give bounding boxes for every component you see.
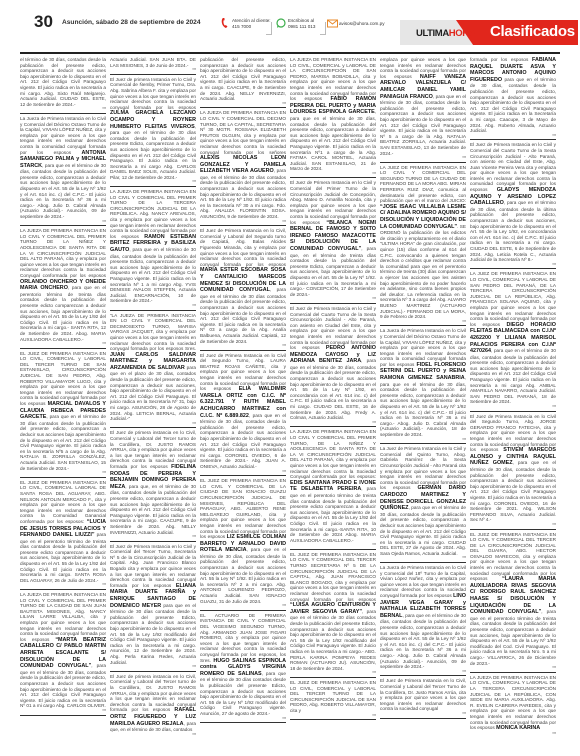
ad-reference-tag: ▪▪▪ [200, 344, 286, 348]
ad-body-text-continued: , para que en el término de 30 días cont… [200, 287, 286, 343]
ad-body-text: LA JUEZA DE PRIMERA INSTANCIA EN LO CIVI… [20, 592, 106, 642]
classified-ad: EL JUEZ DE PRIMERA INSTANCIA EN LO CIVIL… [20, 479, 106, 590]
ad-body-text-continued: , para que en el término de 30 días, con… [470, 348, 556, 404]
ad-body-text-continued: , para que, en el término de treinta día… [290, 246, 376, 297]
ad-body-text-continued: , para que en el perentorio término de t… [20, 285, 106, 341]
ad-reference-tag: ▪▪▪ [20, 471, 106, 475]
ad-body-text-continued: , para que en el término de 30 días, con… [20, 163, 106, 219]
whatsapp-label: Escribinos al [288, 18, 314, 23]
ad-body-text-continued: , para que en el término de 30 días cont… [200, 671, 286, 716]
ad-body-text-continued: , para que en el perentorio término de t… [470, 609, 556, 665]
divider [320, 22, 326, 35]
classified-ad: El Juez de Primera Instancia en lo Civil… [470, 413, 556, 530]
ad-reference-tag: ▪▪▪ [110, 665, 196, 669]
classified-ad: EL JUEZ DE PRIMERA INSTANCIA EN LO CIVIL… [20, 350, 106, 478]
ad-body-text: LA JUEZA DE PRIMERA INSTANCIA EN LO CIVI… [110, 189, 196, 239]
ad-reference-tag: ▪▪▪ [200, 220, 286, 224]
classified-ad: LA JUEZ DE PRIMERA INSTANCIA EN LO CIVIL… [380, 164, 466, 327]
ad-body-text: La Juez de Primera Instancia en lo Civil… [380, 446, 466, 490]
publication-date: Asunción, sábado 28 de septiembre de 202… [62, 19, 201, 26]
ad-body-text-continued: , para que en el perentorio término de t… [290, 486, 376, 542]
ad-body-text-continued: , para que en el término de 30 días, con… [290, 358, 376, 420]
classified-ad: El Juez de Primera Instancia en lo Civil… [290, 305, 376, 427]
column-1: el término de 30 días, contados desde la… [20, 56, 106, 736]
ad-reference-tag: ▪▪▪ [380, 156, 466, 160]
classified-ad: EL JUEZ DE PRIMERA INSTANCIA EN LO CIVIL… [290, 679, 376, 720]
ad-body-text: El Juez de primera Instancia en lo Civil… [110, 77, 196, 110]
customer-service-label: Atención al cliente: [232, 18, 271, 23]
ad-reference-tag: ▪▪▪ [20, 107, 106, 111]
classified-ad: El Juez de primera instancia en lo Civil… [110, 429, 196, 541]
ad-reference-tag: ▪▪▪ [200, 717, 286, 721]
classified-ad: el término de 30 días, contados desde la… [20, 56, 106, 114]
ad-body-text: LA JUEZA DE PRIMERA INSTANCIA EN LO CIVI… [290, 429, 376, 479]
classified-ad: LA JUEZ DE PRIMERA INSTANCIA EN LO CIVIL… [470, 270, 556, 411]
ad-reference-tag: ▪▪▪ [470, 666, 556, 670]
ad-body-text-continued: , para que en el término de 30 días, con… [470, 200, 556, 262]
classified-ad: LA JUEZA DE PRIMERA INSTANCIA EN LO CIVI… [20, 591, 106, 715]
ad-party-names: “JOSE ISAAC VILLALBA LESME C/ ADALINA RO… [380, 204, 466, 230]
ad-reference-tag: ▪▪▪ [110, 535, 196, 539]
column-6: formada por los esposos FABIANA RAQUEL D… [470, 56, 556, 736]
phone-icon [220, 17, 230, 29]
classified-ad: LA JUEZA DE PRIMERA INSTANCIA EN LO CIVI… [470, 674, 556, 736]
classified-ad: La Jueza de Primera Instancia en lo Civi… [380, 564, 466, 676]
classified-ad: publicación del presente edicto, compare… [200, 56, 286, 108]
ad-body-text: El Juez de Primera Instancia en lo Civil… [380, 678, 466, 711]
ad-body-text: EL JUEZ DE PRIMERA INSTANCIA EN LO CIVIL… [20, 480, 106, 524]
ad-reference-tag: ▪▪▪ [20, 342, 106, 346]
classified-ad: El Juez de Primera Instancia en lo Civil… [110, 543, 196, 672]
ad-body-text: Actuario Judicial. SAN JUAN BTA. DE LAS … [110, 57, 196, 68]
logo-part-hora: HORA [449, 28, 475, 39]
ad-reference-tag: ▪▪▪ [380, 320, 466, 324]
ad-body-text-continued: , para que en el término de 30 días, con… [200, 413, 286, 469]
classified-ad: LA JUEZA DE PRIMERA INSTANCIA EN LO CIVI… [110, 188, 196, 310]
ad-body-text-continued: , para que en el término de 30 días, con… [290, 109, 376, 171]
ad-body-text-continued: , para que en el término de 30 días cont… [290, 609, 376, 671]
ad-body-text-continued: para que en el plazo de 30 días, contado… [110, 365, 196, 421]
ad-reference-tag: ▪▪▪ [20, 583, 106, 587]
ad-body-text: EL JUEZ DE PRIMERA INSTANCIA EN LO CIVIL… [470, 532, 556, 582]
ad-body-text: LA JUEZA DE PRIMERA INSTANCIA EN LO CIVI… [200, 110, 286, 154]
classified-ad: EL JUEZ DE PRIMERA INSTANCIA EN LO CIVIL… [200, 477, 286, 611]
ad-body-text: EL JUEZ DE PRIMERA INSTANCIA EN LO CIVIL… [290, 680, 376, 713]
ad-body-text: EL JUEZ DE PRIMERA INSTANCIA EN LO CIVIL… [200, 478, 286, 539]
classified-ad: La Jueza de Primera Instancia en lo Civi… [20, 115, 106, 226]
page-number: 30 [34, 12, 53, 32]
ad-body-text-continued: , para que, en el término de 30 días con… [200, 168, 286, 219]
ad-reference-tag: ▪▪▪ [110, 733, 196, 736]
ad-reference-tag: ▪▪▪ [380, 670, 466, 674]
ad-reference-tag: ▪▪▪ [200, 102, 286, 106]
email-address: avisos@uhora.com.py [339, 21, 385, 27]
classified-ad: formada por los esposos FABIANA RAQUEL D… [470, 56, 556, 140]
ad-body-text-continued: , para que en el término de 30 días, con… [380, 505, 466, 556]
ad-body-text: El Juez de Primera Instancia en lo Civil… [470, 142, 556, 192]
classified-ad: El Juez de Primera Instancia en lo Civil… [200, 227, 286, 350]
ad-reference-tag: ▪▪▪ [290, 172, 376, 176]
classified-ad: LA JUEZA DE PRIMERA INSTANCIA EN LO CIVI… [290, 56, 376, 178]
ad-body-text: El Juez de Primera Instancia en lo Civil… [110, 544, 196, 588]
ad-body-text: El Juez de Primera Instancia en lo Civil… [290, 180, 376, 224]
ad-body-text-continued: , para que en el término de 30 días, con… [20, 663, 106, 708]
ad-reference-tag: ▪▪▪ [20, 709, 106, 713]
ad-reference-tag: ▪▪▪ [380, 712, 466, 716]
classified-ad: La Jueza de Primera Instancia en lo Civi… [380, 327, 466, 444]
column-4: LA JUEZA DE PRIMERA INSTANCIA EN LO CIVI… [290, 56, 376, 736]
classified-ad: LA JUEZA DE PRIMERA INSTANCIA EN LO CIVI… [200, 109, 286, 226]
ad-reference-tag: ▪▪▪ [380, 556, 466, 560]
ad-reference-tag: ▪▪▪ [470, 263, 556, 267]
ad-body-text: LA JUEZA DE PRIMERA INSTANCIA EN LO CIVI… [470, 675, 556, 730]
ad-body-text: publicación del presente edicto, compare… [200, 57, 286, 101]
classified-ad: emplaza por quince veces a los que tenga… [380, 56, 466, 163]
classified-ad: EL JUEZ DE PRIMERA INSTANCIA EN LO CIVIL… [470, 531, 556, 673]
ad-body-text-continued: . SE ORDENÓ la publicación de los edicto… [380, 224, 466, 320]
ad-body-text-continued: , para que en el término de 30 días, con… [470, 460, 556, 522]
column-5: emplaza por quince veces a los que tenga… [380, 56, 466, 736]
classified-ad: El Juez de Primera Instancia en lo Civil… [290, 179, 376, 303]
ad-body-text: LA JUEZ DE PRIMERA INSTANCIA EN LO CIVIL… [470, 271, 556, 326]
ad-reference-tag: ▪▪▪ [290, 714, 376, 718]
ad-reference-tag: ▪▪▪ [110, 180, 196, 184]
classifieds-columns: el término de 30 días, contados desde la… [20, 52, 560, 742]
ad-reference-tag: ▪▪▪ [200, 470, 286, 474]
ad-reference-tag: ▪▪▪ [470, 405, 556, 409]
ad-reference-tag: ▪▪▪ [470, 134, 556, 138]
classified-ad: EL ACTUARIO DE PRIMERA INSTANCIA DE CIVI… [200, 612, 286, 723]
classified-ad: LA JUEZA DE PRIMERA INSTANCIA EN LO CIVI… [290, 428, 376, 549]
ad-reference-tag: ▪▪▪ [20, 220, 106, 224]
ad-body-text: EL ACTUARIO DE PRIMERA INSTANCIA DE CIVI… [200, 613, 286, 663]
customer-service-number: 415 7000 [232, 24, 251, 29]
ad-reference-tag: ▪▪▪ [470, 523, 556, 527]
ad-reference-tag: ▪▪▪ [290, 421, 376, 425]
brand-banner: ULTIMAHORA Clasificados [400, 20, 578, 45]
ad-body-text: LA JUEZA DE PRIMERA INSTANCIA EN LO CIVI… [20, 228, 106, 278]
classified-ad: El Juez de primera Instancia en lo Civil… [110, 76, 196, 187]
ad-reference-tag: ▪▪▪ [290, 297, 376, 301]
ad-body-text: LA JUEZA DE PRIMERA INSTANCIA EN LO CIVI… [290, 57, 376, 101]
ad-party-names: ZULMA GRACIELA LEZCANO OCAMPO Y ROYNER H… [110, 110, 196, 129]
section-title: Clasificados [490, 23, 575, 40]
ad-body-text: formada por los esposos [470, 57, 528, 62]
ad-party-names: JUAN CARLOS SALDIVAR MARTINEZ y MARGARIT… [110, 352, 196, 371]
classified-ad: La Juez de Primera Instancia en lo Civil… [380, 445, 466, 563]
ad-body-text-continued: , para que en el término de 30 días cont… [20, 414, 106, 470]
ad-reference-tag: ▪▪▪ [110, 304, 196, 308]
ad-body-text-continued: , para que en el término de 30 días, con… [110, 247, 196, 303]
ad-reference-tag: ▪▪▪ [110, 68, 196, 72]
classified-ad: Actuario Judicial. SAN JUAN BTA. DE LAS … [110, 56, 196, 75]
ad-body-text: El Juez de Primera Instancia en lo Civil… [200, 228, 286, 267]
ad-body-text-continued: , para que en el término de 30 días, con… [200, 547, 286, 603]
ad-body-text: EL JUEZ DE PRIMERA INSTANCIA EN LO CIVIL… [290, 552, 376, 602]
ad-body-text: el término de 30 días, contados desde la… [20, 57, 106, 107]
ad-body-text-continued: , para que, en el término de 30 días, co… [110, 484, 196, 535]
ad-body-text-continued: para que en el término de 30 días, conta… [470, 77, 556, 133]
ad-body-text: “LA JUEZA DE PRIMERA INSTANCIA EN LO CIV… [110, 313, 196, 352]
ad-reference-tag: ▪▪▪ [200, 604, 286, 608]
ad-body-text-continued: , para que en el término de 30 días, con… [380, 94, 466, 156]
classified-ad: LA JUEZA DE PRIMERA INSTANCIA EN LO CIVI… [20, 227, 106, 348]
ad-reference-tag: ▪▪▪ [290, 543, 376, 547]
column-3: publicación del presente edicto, compare… [200, 56, 286, 736]
whatsapp-icon [276, 17, 286, 29]
ad-body-text-continued: , para que en el término de 30 días cont… [110, 124, 196, 180]
ad-party-names: MONICA KARINA [496, 725, 540, 731]
whatsapp-number: 0981 111 013 [288, 24, 315, 29]
classified-ad: El Juez de Primera Instancia en lo Civil… [470, 141, 556, 269]
ad-body-text-continued: para que en el término de 30 días contad… [110, 603, 196, 665]
ad-body-text: El Juez de Primera Instancia en lo Civil… [290, 306, 376, 350]
ad-reference-tag: ▪▪▪ [380, 438, 466, 442]
ad-body-text-continued: para que en el perentorio término de tre… [20, 532, 106, 583]
ad-body-text-continued: , para que en el término de 30 días, con… [380, 375, 466, 437]
logo-part-ultima: ULTIMA [416, 28, 449, 39]
newspaper-logo: ULTIMAHORA [416, 28, 475, 39]
ad-body-text: EL JUEZ DE PRIMERA INSTANCIA EN LO CIVIL… [20, 351, 106, 406]
classified-ad: El Juez de Primera Instancia en lo Civil… [380, 677, 466, 718]
ad-reference-tag: ▪▪▪ [290, 671, 376, 675]
mail-icon [327, 17, 337, 29]
ad-body-text-continued: , para que en el término de 30 días, con… [380, 613, 466, 669]
ad-body-text: LA JUEZ DE PRIMERA INSTANCIA EN LO CIVIL… [380, 165, 466, 204]
ad-reference-tag: ▪▪▪ [470, 732, 556, 736]
ad-reference-tag: ▪▪▪ [110, 422, 196, 426]
divider [266, 22, 272, 35]
classified-ad: EL JUEZ DE PRIMERA INSTANCIA EN LO CIVIL… [290, 551, 376, 678]
classified-ad: El Juez de Primera Instancia en lo Civil… [200, 352, 286, 476]
classified-ad: El Juez de primera instancia en lo Civil… [110, 673, 196, 736]
classified-ad: “LA JUEZA DE PRIMERA INSTANCIA EN LO CIV… [110, 312, 196, 429]
column-2: Actuario Judicial. SAN JUAN BTA. DE LAS … [110, 56, 196, 736]
